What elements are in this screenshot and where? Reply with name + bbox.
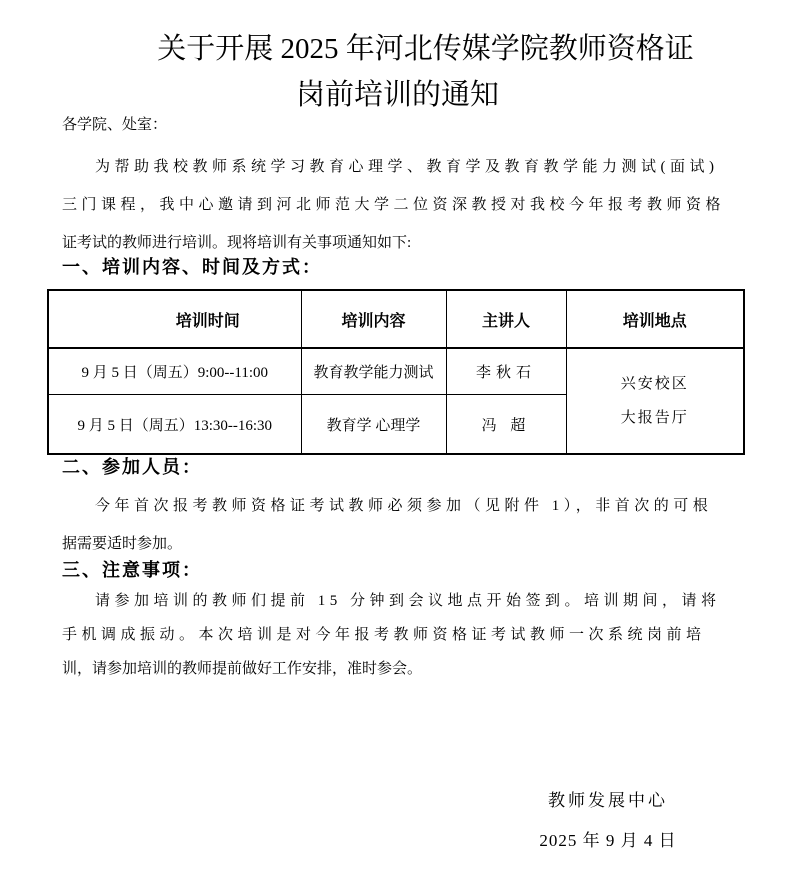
cell-time: 9 月 5 日（周五）9:00--11:00 (48, 348, 301, 395)
section-3-paragraph: 请参加培训的教师们提前 15 分钟到会议地点开始签到。培训期间，请将 手机调成振… (62, 584, 734, 686)
title-line-1: 关于开展 2025 年河北传媒学院教师资格证 (62, 26, 733, 72)
signature-organization: 教师发展中心 (473, 786, 743, 816)
cell-speaker: 冯 超 (446, 395, 566, 455)
cell-time: 9 月 5 日（周五）13:30--16:30 (48, 395, 301, 455)
section-2-heading: 二、参加人员： (62, 452, 202, 482)
paragraph-line: 三门课程，我中心邀请到河北师范大学二位资深教授对我校今年报考教师资格 (62, 186, 734, 224)
paragraph-line: 为帮助我校教师系统学习教育心理学、教育学及教育教学能力测试(面试) (62, 148, 734, 186)
section-3-heading: 三、注意事项： (62, 555, 202, 585)
location-line-2: 大报告厅 (567, 401, 744, 435)
header-cell-speaker: 主讲人 (446, 290, 566, 348)
salutation: 各学院、处室： (62, 110, 167, 140)
section-1-heading: 一、培训内容、时间及方式： (62, 252, 322, 282)
table-row: 9 月 5 日（周五）9:00--11:00 教育教学能力测试 李秋石 兴安校区… (48, 348, 744, 395)
location-line-1: 兴安校区 (567, 367, 744, 401)
paragraph-line: 手机调成振动。本次培训是对今年报考教师资格证考试教师一次系统岗前培 (62, 618, 734, 652)
table-header-row: 培训时间 培训内容 主讲人 培训地点 (48, 290, 744, 348)
paragraph-line: 今年首次报考教师资格证考试教师必须参加（见附件 1），非首次的可根 (62, 487, 734, 525)
cell-content: 教育教学能力测试 (301, 348, 446, 395)
paragraph-line: 训，请参加培训的教师提前做好工作安排，准时参会。 (62, 652, 734, 686)
section-2-paragraph: 今年首次报考教师资格证考试教师必须参加（见附件 1），非首次的可根 据需要适时参… (62, 487, 734, 563)
notice-document-page: 关于开展 2025 年河北传媒学院教师资格证 岗前培训的通知 各学院、处室： 为… (0, 0, 793, 881)
cell-location: 兴安校区 大报告厅 (566, 348, 744, 454)
document-title: 关于开展 2025 年河北传媒学院教师资格证 岗前培训的通知 (62, 26, 733, 118)
header-cell-location: 培训地点 (566, 290, 744, 348)
cell-content: 教育学 心理学 (301, 395, 446, 455)
intro-paragraph: 为帮助我校教师系统学习教育心理学、教育学及教育教学能力测试(面试) 三门课程，我… (62, 148, 734, 262)
header-cell-time: 培训时间 (48, 290, 301, 348)
header-cell-content: 培训内容 (301, 290, 446, 348)
paragraph-line: 请参加培训的教师们提前 15 分钟到会议地点开始签到。培训期间，请将 (62, 584, 734, 618)
cell-speaker: 李秋石 (446, 348, 566, 395)
signature-date: 2025 年 9 月 4 日 (473, 826, 743, 856)
training-schedule-table: 培训时间 培训内容 主讲人 培训地点 9 月 5 日（周五）9:00--11:0… (47, 289, 745, 455)
